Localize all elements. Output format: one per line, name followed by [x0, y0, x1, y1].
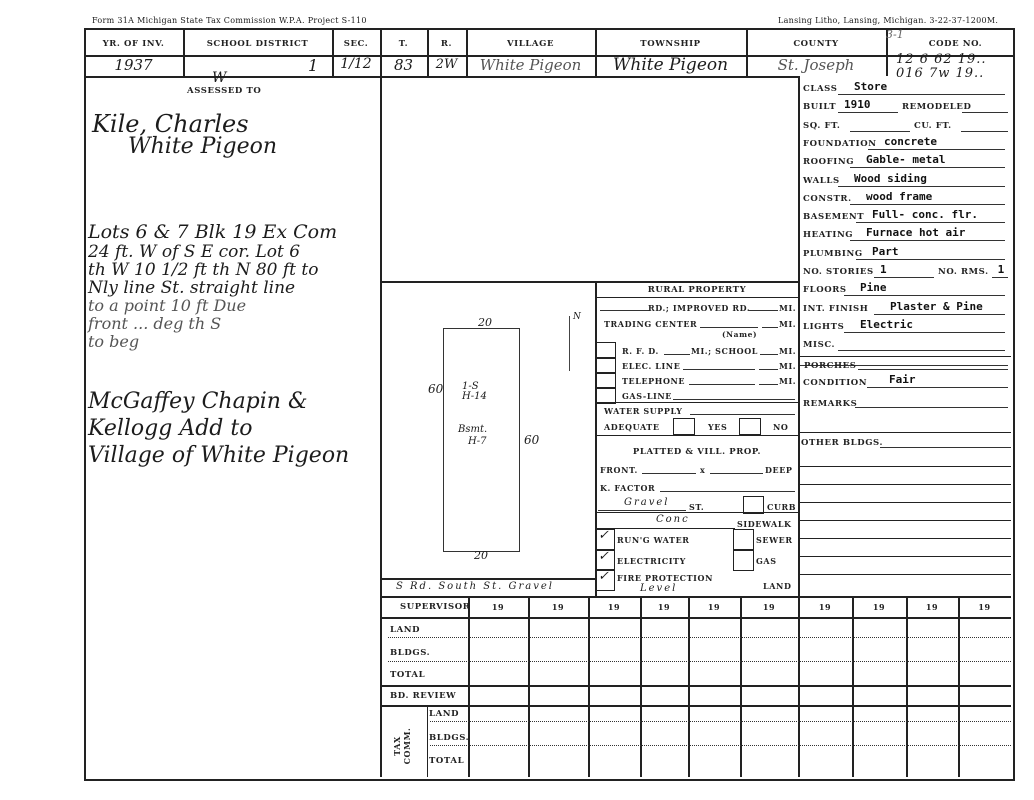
supervisor-label: SUPERVISOR: [400, 602, 470, 612]
code-annotation: 3-1: [886, 28, 904, 41]
tc-bldgs-label: BLDGS.: [429, 733, 469, 743]
sketch-note-line: Bsmt.: [458, 424, 487, 436]
land-label: LAND: [763, 581, 791, 591]
addition-description[interactable]: McGaffey Chapin & Kellogg Add to Village…: [88, 388, 378, 469]
header-county: COUNTY: [746, 39, 886, 49]
header-school-district: SCHOOL DISTRICT: [183, 39, 332, 49]
sketch-note-line: H-14: [462, 392, 487, 402]
header-r: R.: [427, 39, 466, 49]
value-township[interactable]: White Pigeon: [595, 55, 746, 75]
telephone-label: TELEPHONE: [622, 376, 685, 386]
value-sec[interactable]: 1/12: [332, 56, 380, 72]
building-field-label: INT. FINISH: [803, 304, 868, 314]
sketch-top-dim: 20: [478, 316, 492, 329]
rfd-mi: MI.: [779, 346, 796, 356]
building-field-row: NO. STORIES1NO. RMS.1: [800, 263, 1011, 281]
year-column-header[interactable]: 19: [588, 602, 640, 612]
porches-label: PORCHES: [804, 361, 856, 371]
legal-line: Lots 6 & 7 Blk 19 Ex Com: [88, 222, 378, 243]
rural-title: RURAL PROPERTY: [597, 285, 797, 295]
legal-line: front ... deg th S: [88, 315, 378, 333]
legal-line: Nly line St. straight line: [88, 279, 378, 297]
year-column-header[interactable]: 19: [852, 602, 906, 612]
header-t: T.: [380, 39, 427, 49]
year-column-header[interactable]: 19: [468, 602, 528, 612]
building-field-value[interactable]: wood frame: [866, 190, 932, 203]
elec-line-mi: MI.: [779, 361, 796, 371]
building-field-label: CONSTR.: [803, 194, 852, 204]
sidewalk-value[interactable]: Conc: [656, 514, 690, 525]
trading-center-name-hint: (Name): [722, 330, 757, 339]
fire-protection-check-icon: ✓: [598, 569, 609, 584]
value-yr-of-inv[interactable]: 1937: [84, 56, 183, 74]
building-field-row: SQ. FT.CU. FT.: [800, 117, 1011, 135]
year-column-header[interactable]: 19: [640, 602, 688, 612]
sewer-label: SEWER: [756, 535, 793, 545]
building-field-label: LIGHTS: [803, 322, 844, 332]
sketch-note-basement: Bsmt. H-7: [458, 424, 487, 448]
adequate-no-checkbox[interactable]: [739, 418, 761, 435]
gas-line-label: GAS-LINE: [622, 391, 672, 401]
year-column-header[interactable]: 19: [688, 602, 740, 612]
building-field-row: ROOFINGGable- metal: [800, 153, 1011, 171]
rung-water-check-icon: ✓: [598, 528, 609, 543]
rural-rd-mi: MI.: [779, 303, 796, 313]
building-field-label: FOUNDATION: [803, 139, 877, 149]
sewer-checkbox[interactable]: [733, 529, 754, 551]
building-field-row: INT. FINISHPlaster & Pine: [800, 300, 1011, 318]
gas-label: GAS: [756, 556, 777, 566]
land-row-label: LAND: [390, 625, 420, 635]
header-village: VILLAGE: [466, 39, 595, 49]
trading-center-mi: MI.: [779, 319, 796, 329]
value-t[interactable]: 83: [380, 56, 427, 74]
adequate-yes-label: YES: [708, 422, 727, 432]
building-field-value[interactable]: Pine: [860, 281, 887, 294]
adequate-label: ADEQUATE: [604, 422, 660, 432]
building-field-value[interactable]: 1: [880, 263, 887, 276]
mi-school-label: MI.; SCHOOL: [691, 346, 758, 356]
fire-protection-label: FIRE PROTECTION: [617, 573, 713, 583]
building-field-label: PLUMBING: [803, 249, 863, 259]
street-value[interactable]: Gravel: [624, 497, 670, 508]
total-row-label: TOTAL: [390, 670, 425, 680]
building-field-label: MISC.: [803, 340, 835, 350]
building-field-row: MISC.: [800, 336, 1011, 354]
north-arrow-icon: [569, 316, 570, 371]
water-supply-label: WATER SUPPLY: [604, 406, 683, 416]
tax-comm-label: TAX COMM.: [392, 721, 412, 771]
year-column-header[interactable]: 19: [798, 602, 852, 612]
value-school-district[interactable]: 1: [308, 56, 318, 75]
sketch-note-stories: 1-S H-14: [462, 382, 487, 402]
building-field-value[interactable]: Part: [872, 245, 899, 258]
building-field-label-2: NO. RMS.: [938, 267, 989, 277]
header-code-no: CODE NO.: [900, 39, 1011, 49]
building-field-value[interactable]: Gable- metal: [866, 153, 945, 166]
building-field-value[interactable]: Wood siding: [854, 172, 927, 185]
building-field-label: BUILT: [803, 102, 836, 112]
electricity-label: ELECTRICITY: [617, 556, 686, 566]
building-field-row: LIGHTSElectric: [800, 318, 1011, 336]
addition-line: Village of White Pigeon: [88, 442, 378, 469]
building-field-value[interactable]: Furnace hot air: [866, 226, 965, 239]
legal-line: th W 10 1/2 ft th N 80 ft to: [88, 261, 378, 279]
platted-title: PLATTED & VILL. PROP.: [597, 447, 797, 457]
owner-address[interactable]: White Pigeon: [128, 134, 277, 159]
year-column-header[interactable]: 19: [906, 602, 958, 612]
sketch-bottom-dim: 20: [474, 549, 488, 562]
building-field-value[interactable]: Electric: [860, 318, 913, 331]
remarks-label: REMARKS: [803, 399, 857, 409]
assessed-to-label: ASSESSED TO: [187, 86, 261, 96]
gas-checkbox[interactable]: [733, 549, 754, 571]
assessed-mark: W: [212, 70, 226, 86]
sketch-left-dim: 60: [428, 382, 443, 396]
building-field-row: BASEMENTFull- conc. flr.: [800, 208, 1011, 226]
building-field-label: SQ. FT.: [803, 121, 840, 131]
building-field-label: HEATING: [803, 230, 853, 240]
rfd-label: R. F. D.: [622, 346, 659, 356]
electricity-check-icon: ✓: [598, 549, 609, 564]
building-field-value[interactable]: concrete: [884, 135, 937, 148]
building-field-value[interactable]: Full- conc. flr.: [872, 208, 978, 221]
year-column-header[interactable]: 19: [740, 602, 798, 612]
addition-line: McGaffey Chapin &: [88, 388, 378, 415]
building-field-row: HEATINGFurnace hot air: [800, 226, 1011, 244]
legal-line: to beg: [88, 333, 378, 351]
adequate-yes-checkbox[interactable]: [673, 418, 695, 435]
building-field-label: NO. STORIES: [803, 267, 874, 277]
tc-total-label: TOTAL: [429, 756, 464, 766]
north-mark: N: [573, 312, 581, 322]
header-yr-of-inv: YR. OF INV.: [84, 39, 183, 49]
legal-line: 24 ft. W of S E cor. Lot 6: [88, 243, 378, 261]
building-field-row: BUILT1910REMODELED: [800, 98, 1011, 116]
building-field-label: ROOFING: [803, 157, 854, 167]
street-note: S Rd. South St. Gravel: [396, 581, 554, 592]
telephone-mi: MI.: [779, 376, 796, 386]
building-field-row: CLASSStore: [800, 80, 1011, 98]
building-field-label: BASEMENT: [803, 212, 864, 222]
deep-label: DEEP: [765, 465, 793, 475]
value-r[interactable]: 2W: [427, 57, 466, 72]
value-code-no-line1[interactable]: 12 6 62 19..: [896, 52, 987, 67]
building-field-value[interactable]: 1910: [844, 98, 871, 111]
year-column-header[interactable]: 19: [528, 602, 588, 612]
trading-center-label: TRADING CENTER: [604, 319, 697, 329]
rural-rd-label: RD.; IMPROVED RD.: [648, 303, 750, 313]
building-field-row: PLUMBINGPart: [800, 245, 1011, 263]
value-village[interactable]: White Pigeon: [466, 56, 595, 74]
tc-land-label: LAND: [429, 709, 459, 719]
building-field-label: WALLS: [803, 176, 840, 186]
legal-line: to a point 10 ft Due: [88, 297, 378, 315]
sketch-note-line: H-7: [458, 436, 487, 448]
st-label: ST.: [689, 502, 704, 512]
value-county[interactable]: St. Joseph: [746, 56, 886, 74]
front-label: FRONT.: [600, 465, 638, 475]
building-field-value[interactable]: Store: [854, 80, 887, 93]
adequate-no-label: NO: [773, 422, 788, 432]
header-sec: SEC.: [332, 39, 380, 49]
legal-description[interactable]: Lots 6 & 7 Blk 19 Ex Com 24 ft. W of S E…: [88, 222, 378, 351]
land-value[interactable]: Level: [640, 583, 677, 594]
bd-review-label: BD. REVIEW: [390, 691, 456, 701]
building-field-row: WALLSWood siding: [800, 172, 1011, 190]
building-field-label: FLOORS: [803, 285, 847, 295]
bldgs-row-label: BLDGS.: [390, 648, 430, 658]
condition-value[interactable]: Fair: [889, 373, 916, 386]
sidewalk-label: SIDEWALK: [737, 519, 792, 529]
year-column-header[interactable]: 19: [958, 602, 1011, 612]
other-bldgs-label: OTHER BLDGS.: [801, 438, 883, 448]
curb-label: CURB: [767, 502, 796, 512]
building-field-row: CONSTR.wood frame: [800, 190, 1011, 208]
printer-imprint: Lansing Litho, Lansing, Michigan. 3-22-3…: [778, 16, 998, 25]
form-number-header: Form 31A Michigan State Tax Commission W…: [92, 16, 367, 25]
k-factor-label: K. FACTOR: [600, 483, 655, 493]
elec-line-label: ELEC. LINE: [622, 361, 680, 371]
front-x: x: [700, 465, 705, 475]
building-field-label-2: CU. FT.: [914, 121, 952, 131]
condition-label: CONDITION: [803, 378, 867, 388]
building-field-row: FLOORSPine: [800, 281, 1011, 299]
header-township: TOWNSHIP: [595, 39, 746, 49]
building-field-value[interactable]: Plaster & Pine: [890, 300, 983, 313]
sketch-right-dim: 60: [524, 433, 539, 447]
building-field-value-2[interactable]: 1: [998, 263, 1005, 276]
building-field-label-2: REMODELED: [902, 102, 971, 112]
building-field-label: CLASS: [803, 84, 837, 94]
building-field-row: FOUNDATIONconcrete: [800, 135, 1011, 153]
value-code-no-line2[interactable]: 016 7w 19..: [896, 66, 984, 81]
addition-line: Kellogg Add to: [88, 415, 378, 442]
rung-water-label: RUN'G WATER: [617, 535, 690, 545]
